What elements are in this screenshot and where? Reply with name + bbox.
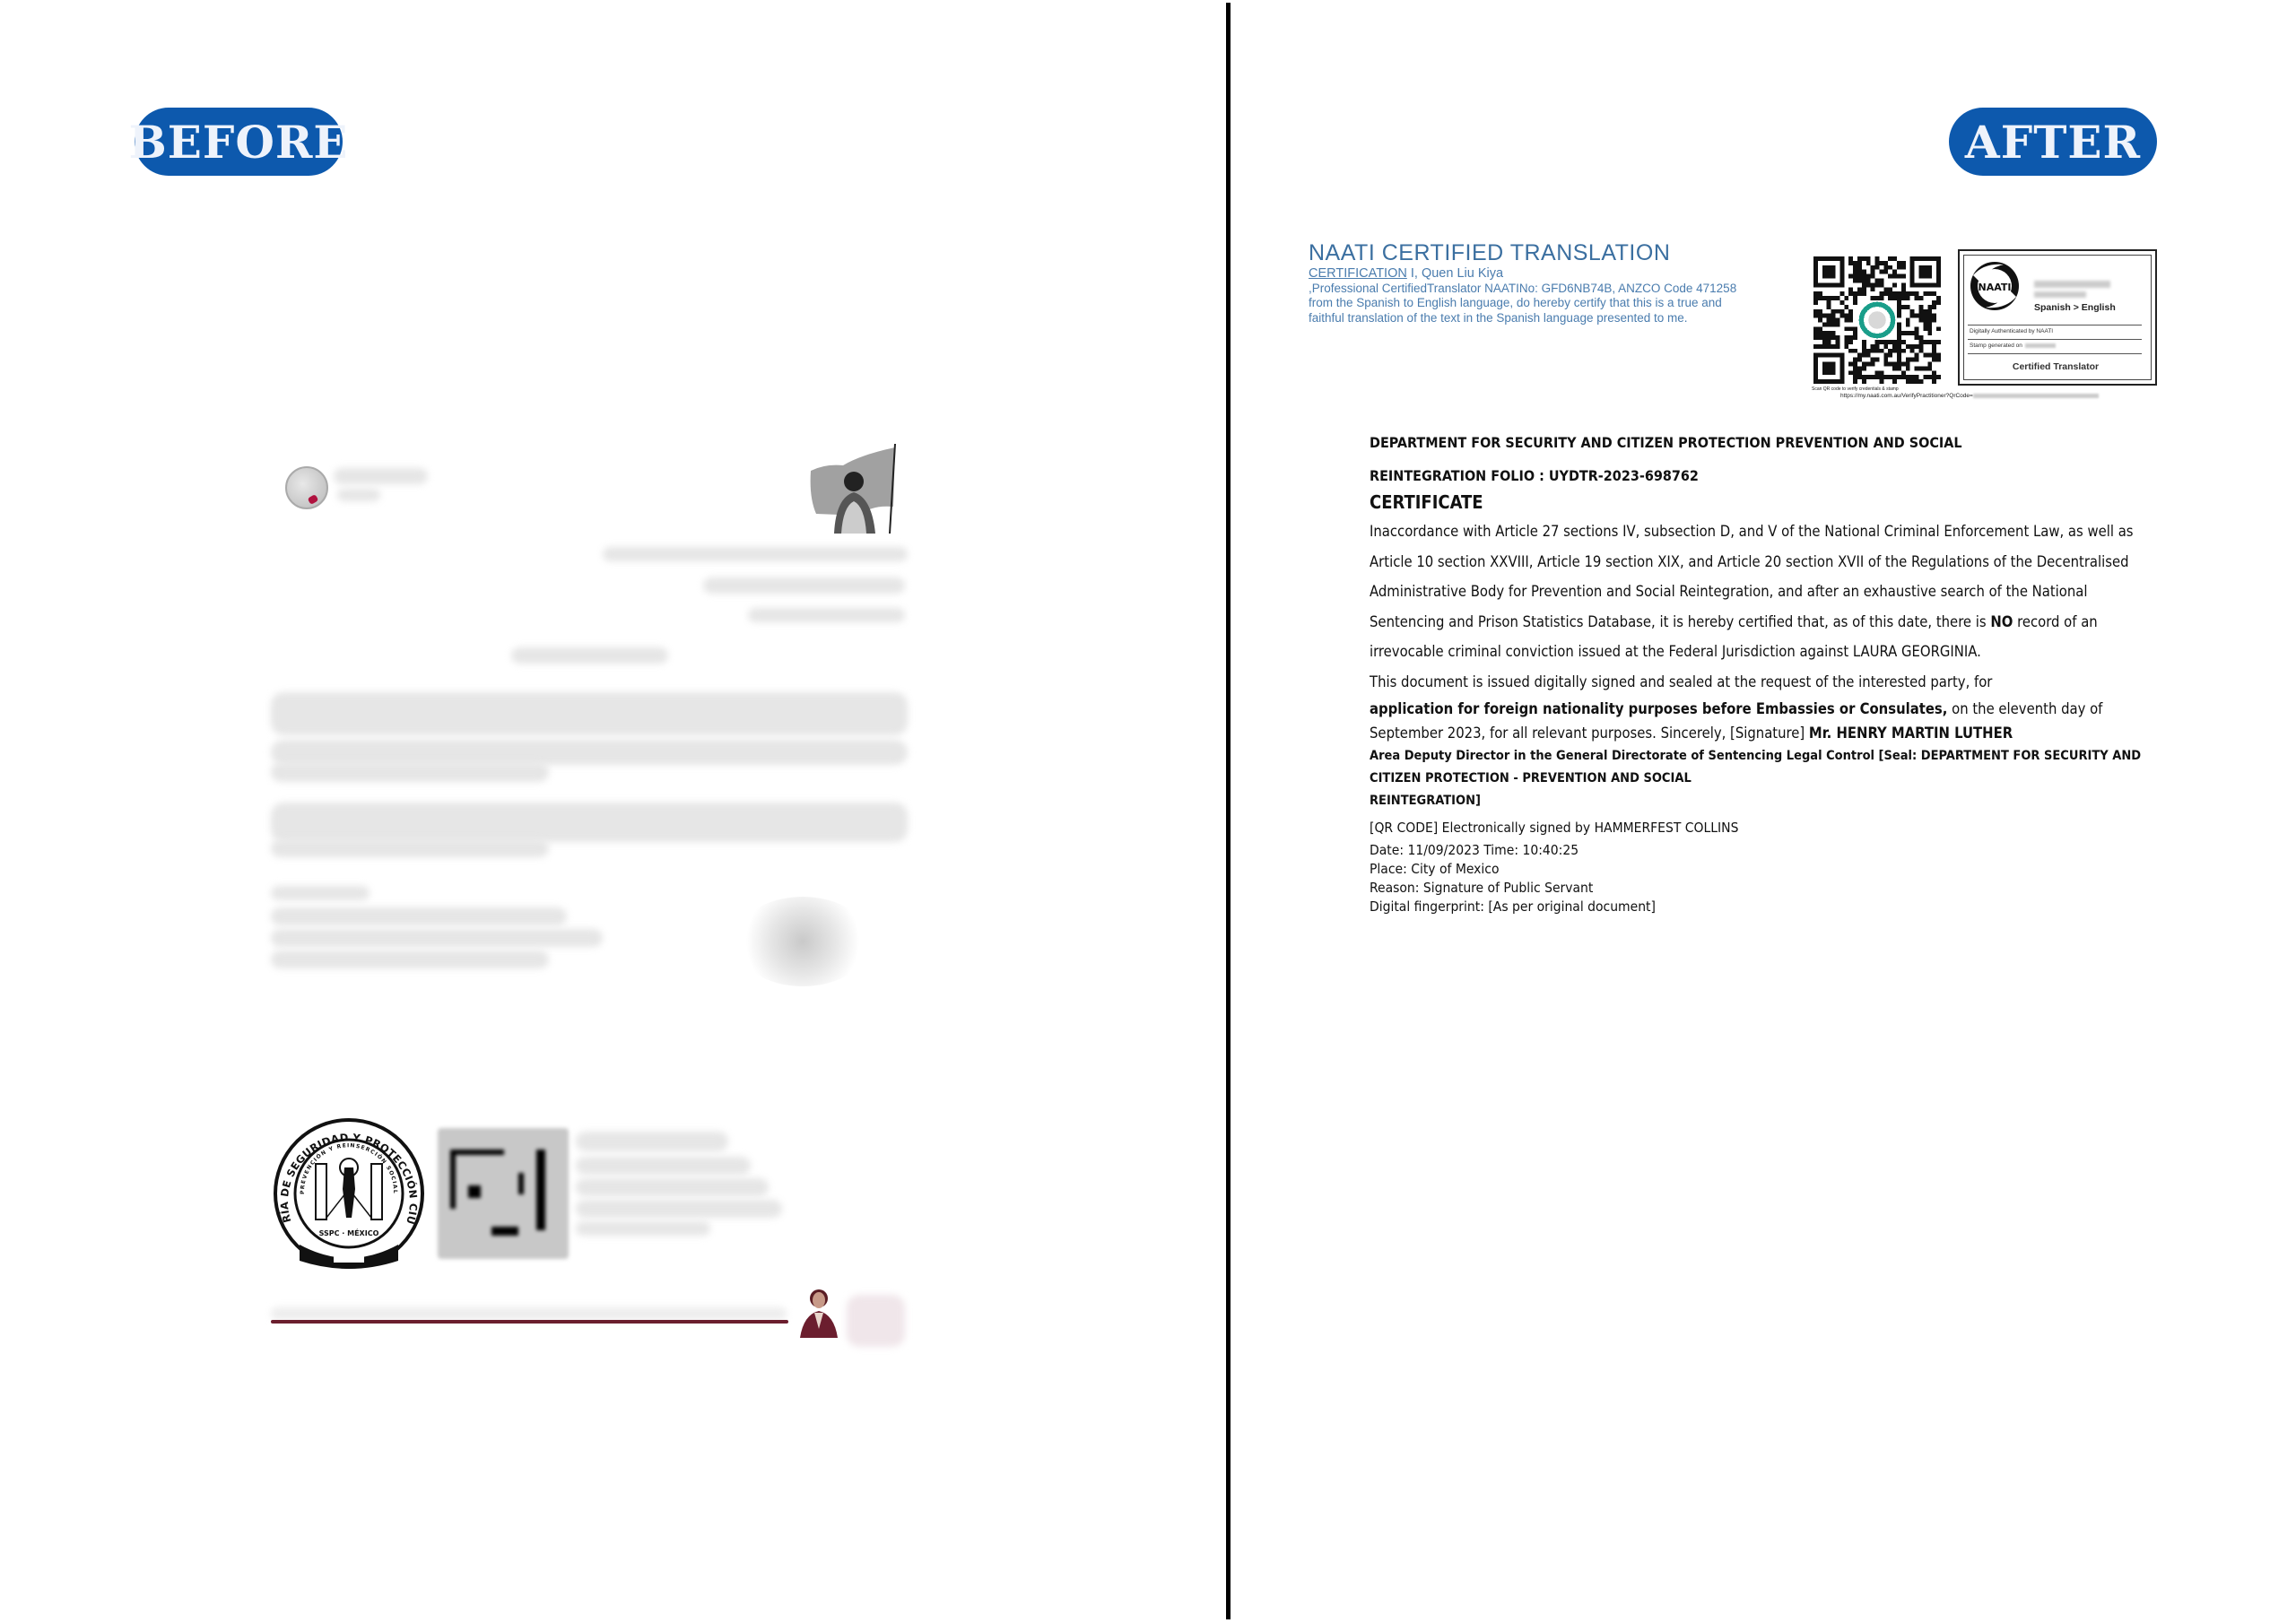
historical-portrait-icon	[796, 1284, 841, 1338]
redacted-paragraph	[271, 692, 908, 735]
redacted-stamp-date	[2025, 343, 2056, 348]
redacted-sign-text	[576, 1178, 769, 1196]
signatory-role: Area Deputy Director in the General Dire…	[1370, 745, 2150, 812]
naati-verification-qr-icon[interactable]	[1813, 256, 1941, 384]
redacted-logo-text	[334, 468, 428, 484]
digital-fingerprint: Digital fingerprint: [As per original do…	[1370, 898, 2150, 916]
redacted-qr-code-value	[1973, 394, 2099, 398]
certificate-paragraph: Inaccordance with Article 27 sections IV…	[1370, 516, 2150, 667]
stamp-authenticated: Digitally Authenticated by NAATI	[1968, 325, 2142, 334]
certification-text: ,Professional CertifiedTranslator NAATIN…	[1309, 282, 1757, 326]
gov-logo-icon	[285, 466, 328, 509]
certification-label: CERTIFICATION	[1309, 266, 1407, 281]
redacted-sign-text	[576, 1157, 751, 1175]
stamp-language-pair: Spanish > English	[2034, 302, 2116, 313]
redacted-signature	[735, 897, 870, 986]
electronic-signature-details: [QR CODE] Electronically signed by HAMME…	[1370, 819, 2150, 916]
naati-stamp: NAATI Spanish > English Digitally Authen…	[1958, 249, 2157, 386]
translator-intro: I, Quen Liu Kiya	[1407, 266, 1503, 281]
naati-logo-icon: NAATI	[1968, 259, 2022, 313]
certificate-title: CERTIFICATE	[1370, 491, 2150, 513]
redacted-paragraph	[271, 839, 549, 857]
stamp-generated: Stamp generated on	[1968, 339, 2142, 349]
naati-title: NAATI CERTIFIED TRANSLATION	[1309, 240, 1670, 266]
department-heading: DEPARTMENT FOR SECURITY AND CITIZEN PROT…	[1370, 434, 2150, 452]
before-badge: BEFORE	[135, 108, 343, 176]
redacted-header-line	[748, 608, 905, 622]
sspc-seal-icon: SECRETARÍA DE SEGURIDAD Y PROTECCIÓN CIU…	[273, 1117, 425, 1270]
qr-verify-url[interactable]: https://my.naati.com.au/VerifyPractition…	[1840, 393, 2099, 399]
redacted-sign-text	[576, 1200, 782, 1218]
redacted-paragraph	[271, 803, 908, 842]
signature-reason: Reason: Signature of Public Servant	[1370, 879, 2150, 898]
redacted-title	[511, 647, 668, 664]
certification-statement: CERTIFICATION I, Quen Liu Kiya ,Professi…	[1309, 266, 1757, 325]
issuance-paragraph-intro: This document is issued digitally signed…	[1370, 672, 2150, 693]
signatory-name: Mr. HENRY MARTIN LUTHER	[1809, 725, 2013, 742]
issuance-paragraph: application for foreign nationality purp…	[1370, 697, 2150, 745]
stamp-role: Certified Translator	[1968, 353, 2142, 372]
redacted-translator-number	[2034, 291, 2086, 298]
signed-by: [QR CODE] Electronically signed by HAMME…	[1370, 819, 2150, 838]
redacted-sign-text	[576, 1221, 710, 1236]
redacted-header-line	[603, 547, 908, 561]
redacted-sign-text	[576, 1132, 728, 1151]
redacted-signature-line	[271, 886, 370, 900]
redacted-footer-logo	[847, 1295, 905, 1347]
redacted-paragraph	[271, 762, 549, 782]
redacted-header-line	[703, 577, 905, 594]
svg-text:NAATI: NAATI	[1979, 282, 2012, 293]
translated-certificate-body: DEPARTMENT FOR SECURITY AND CITIZEN PROT…	[1370, 434, 2150, 916]
redacted-qr-code-icon	[438, 1128, 569, 1259]
redacted-paragraph	[271, 740, 908, 765]
redacted-signature-line	[271, 950, 549, 968]
comparison-divider	[1226, 3, 1231, 1619]
after-badge: AFTER	[1949, 108, 2157, 176]
qr-caption: Scan QR code to verify credentials & sta…	[1812, 386, 1899, 392]
redacted-translator-name	[2034, 281, 2110, 288]
redacted-signature-line	[271, 929, 603, 947]
signature-place: Place: City of Mexico	[1370, 860, 2150, 879]
redacted-footer-text	[271, 1307, 787, 1320]
folio-heading: REINTEGRATION FOLIO : UYDTR-2023-698762	[1370, 467, 2150, 485]
redacted-logo-text	[337, 489, 380, 501]
svg-text:SSPC · MÉXICO: SSPC · MÉXICO	[319, 1228, 379, 1237]
redacted-signature-line	[271, 907, 567, 925]
footer-line	[271, 1320, 788, 1324]
flag-heroine-illustration-icon	[807, 444, 897, 535]
signature-date: Date: 11/09/2023 Time: 10:40:25	[1370, 841, 2150, 860]
